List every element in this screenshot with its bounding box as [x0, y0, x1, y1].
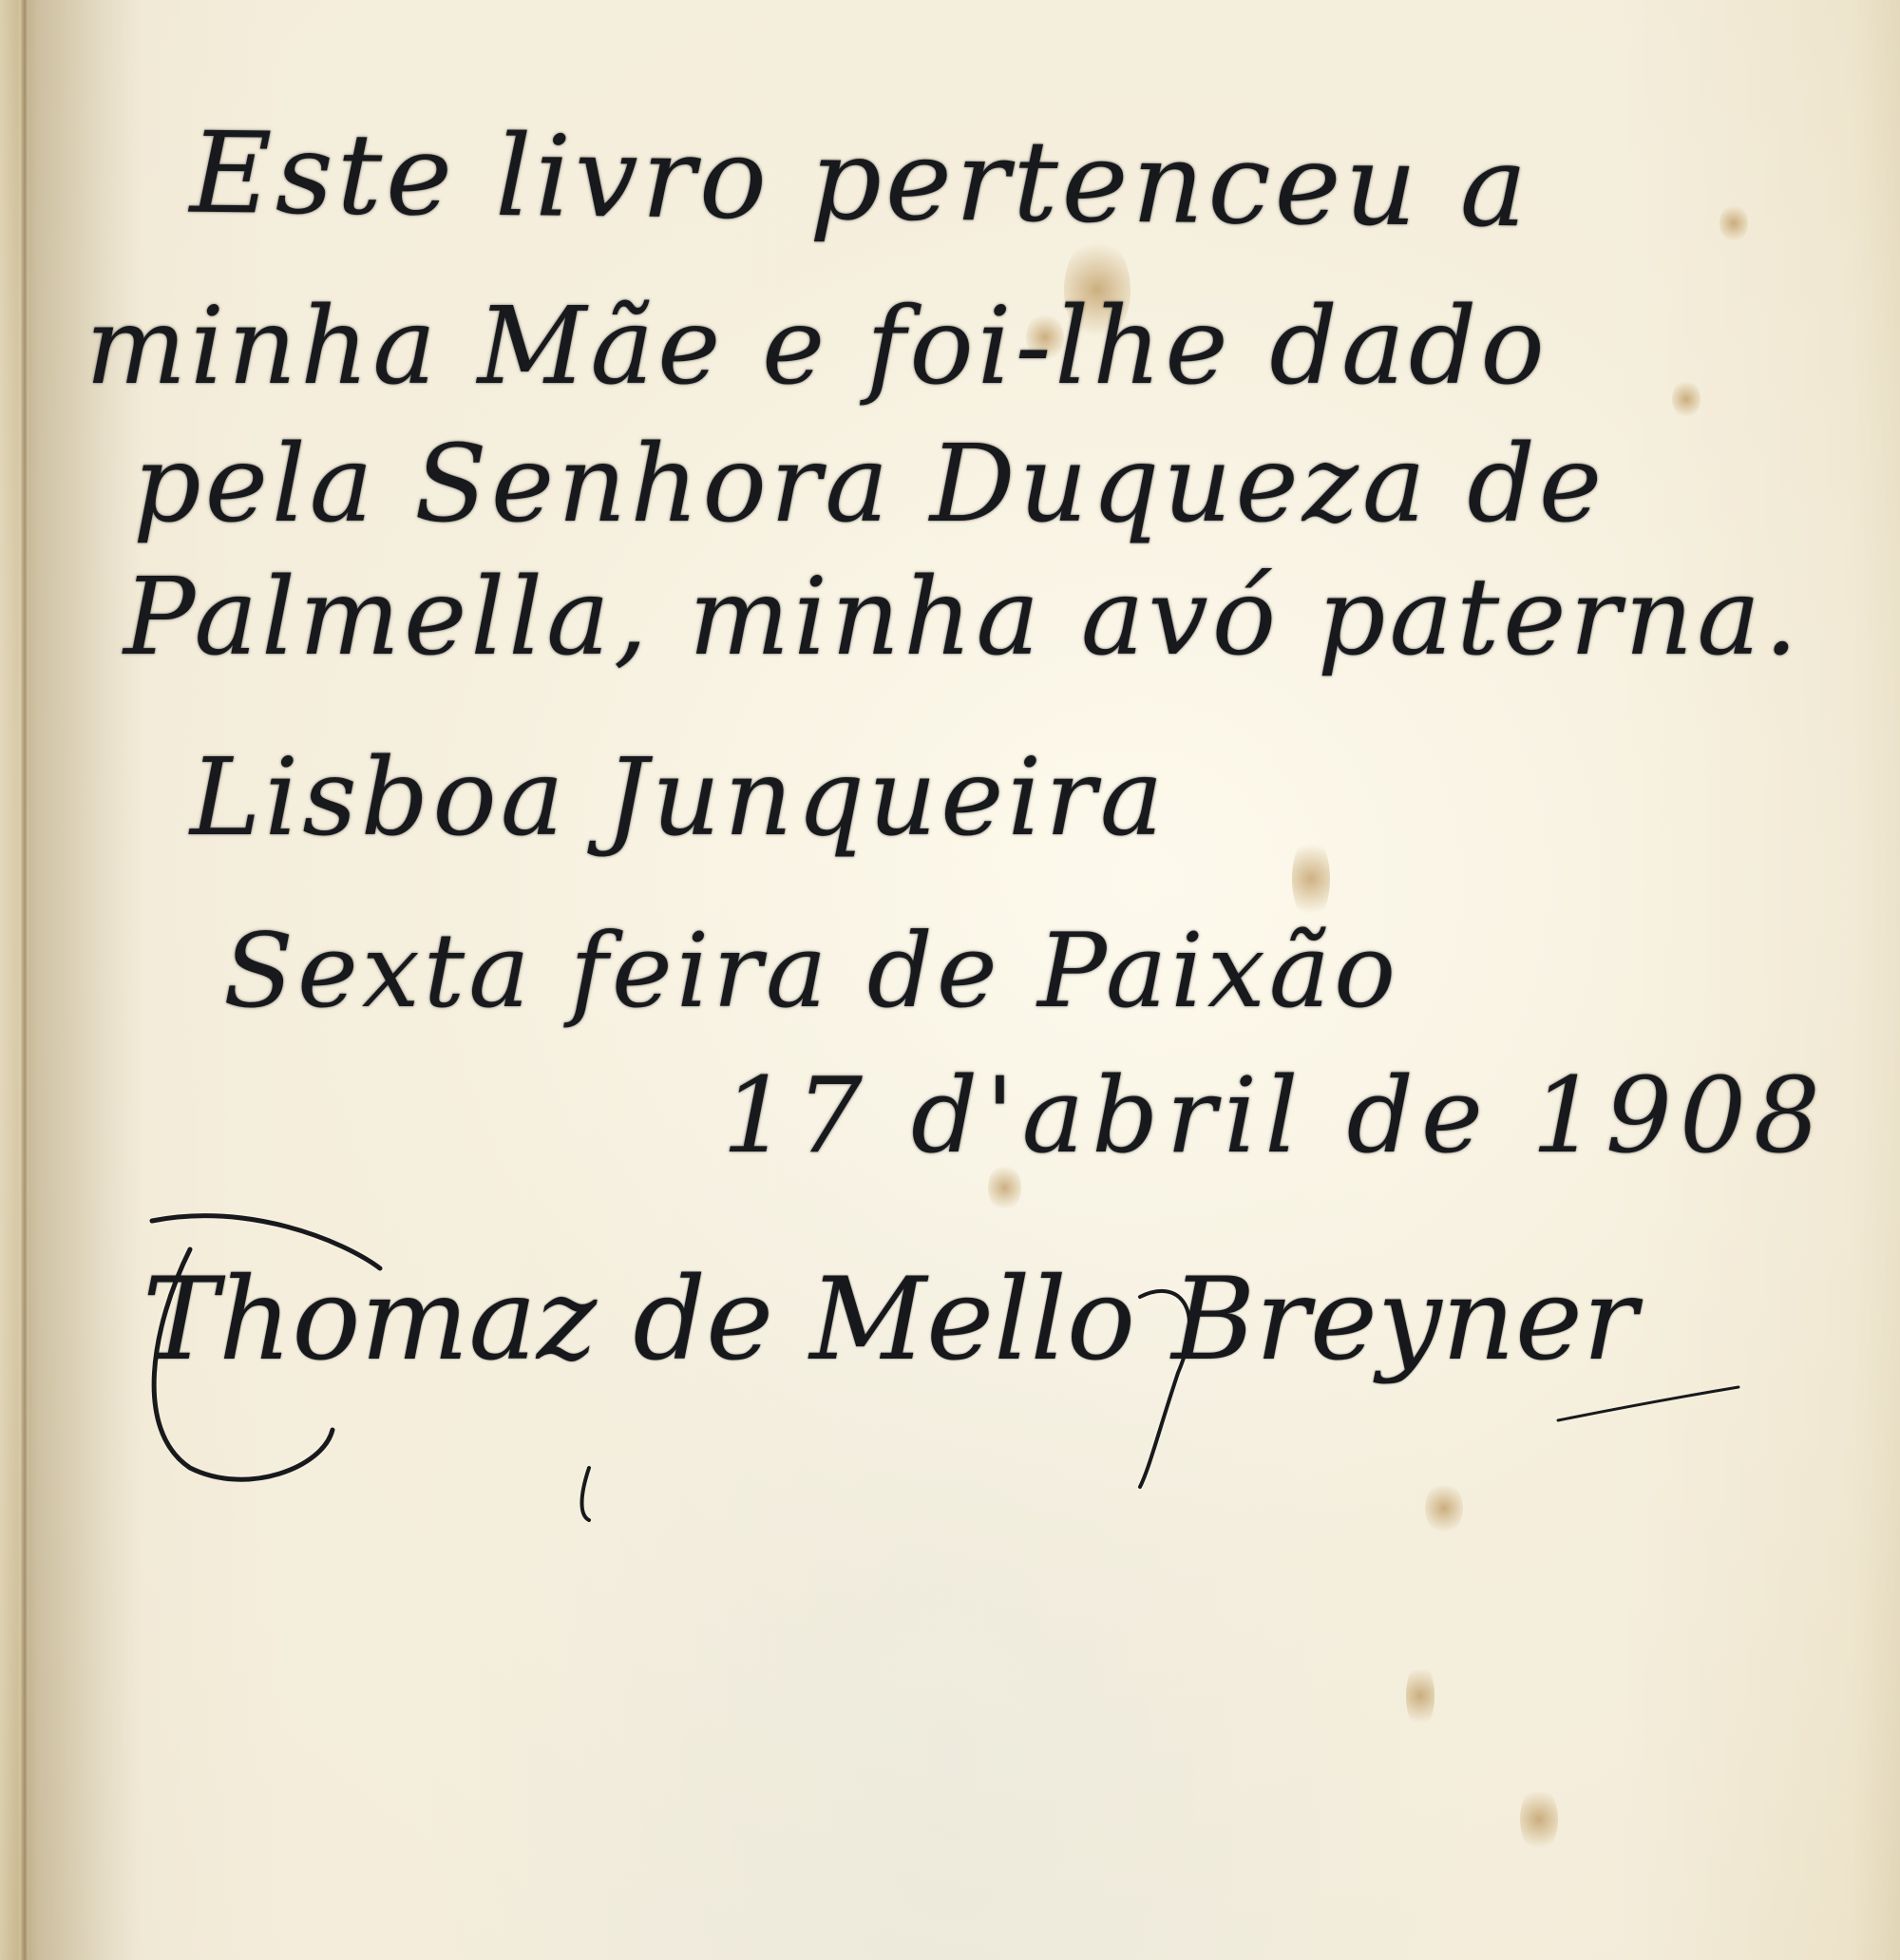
book-page: Este livro pertenceu a minha Mãe e foi-l…: [0, 0, 1900, 1960]
inscription-line-2: minha Mãe e foi-lhe dado: [85, 285, 1548, 409]
inscription-line-1: Este livro pertenceu a: [189, 107, 1531, 253]
inscription-place: Lisboa Junqueira: [190, 736, 1168, 860]
signature: Thomaz de Mello Breyner: [142, 1254, 1637, 1386]
inscription-line-3: pela Senhora Duqueza de: [133, 423, 1605, 546]
inscription-day: Sexta feira de Paixão: [223, 912, 1399, 1031]
inscription-date: 17 d'abril de 1908: [722, 1055, 1828, 1176]
handwritten-inscription: Este livro pertenceu a minha Mãe e foi-l…: [0, 0, 1900, 1960]
inscription-line-4: Palmella, minha avó paterna.: [123, 556, 1802, 679]
